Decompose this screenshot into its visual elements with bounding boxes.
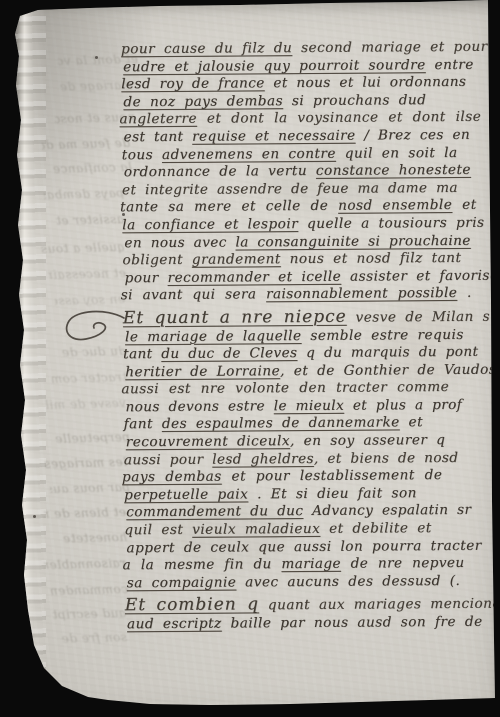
manuscript-line: si avant qui sera raisonnablement possib… (121, 285, 487, 305)
text-segment: la consanguinite si prouchaine (235, 232, 470, 250)
text-segment: baille par nous ausd son fre de (222, 614, 483, 632)
text-segment: la confiance et lespoir (122, 216, 298, 233)
text-segment: lesd gheldres (212, 451, 314, 468)
text-segment: de nre nepveu (341, 555, 465, 572)
text-segment: fant (124, 416, 162, 432)
text-segment: perpetuelle paix (124, 486, 248, 503)
text-segment: avec aucuns des dessusd (. (236, 573, 460, 591)
text-segment: raisonnablement possible (266, 285, 457, 302)
text-segment: nosd ensemble (338, 197, 452, 214)
text-segment: aussi pour (124, 451, 212, 468)
text-segment: et (452, 197, 476, 213)
text-segment: advenemens en contre (162, 145, 336, 162)
text-segment: Advancy espalatin sr (303, 502, 471, 519)
bleedthrough-text: et biens de nosd (44, 506, 126, 520)
bleedthrough-text: vesve de milan (44, 397, 126, 411)
text-segment: , et biens de nosd (314, 450, 459, 467)
text-segment: nous devons estre (125, 398, 273, 415)
text-segment: recommander et icelle (168, 268, 342, 285)
text-segment: des espaulmes de dannemarke (162, 415, 400, 433)
bleedthrough-text: la confiance et (50, 161, 132, 175)
text-segment: nous et nosd filz tant (281, 250, 462, 267)
text-segment: et plus a prof (344, 397, 462, 414)
text-segment: le mariage de laquelle (125, 328, 302, 345)
text-segment: quelle a tousiours pris (298, 215, 484, 232)
manuscript-line: commandement du duc Advancy espalatin sr (126, 502, 488, 522)
text-segment: tante sa mere et celle de (120, 198, 338, 216)
text-segment: a la mesme fin du (123, 556, 282, 573)
ink-speck (33, 515, 36, 518)
text-segment: lesd roy de france (121, 75, 264, 92)
text-segment: pour (125, 270, 168, 286)
text-segment: heritier de Lorraine (125, 363, 280, 380)
text-segment: entre (426, 56, 474, 72)
manuscript-line: aud escriptz baille par nous ausd son fr… (127, 614, 489, 634)
text-segment: vesve de Milan sr (347, 309, 498, 326)
manuscript-line: lesd roy de france et nous et lui ordonn… (121, 74, 485, 94)
text-segment: sa compaignie (127, 574, 237, 591)
bleedthrough-text: pays dembas (44, 187, 124, 201)
text-segment: grandement (192, 251, 281, 268)
text-segment: , et de Gonthier de Vaudos (280, 361, 496, 379)
text-segment: le mieulx (274, 398, 344, 414)
text-segment: commandement du duc (126, 503, 303, 520)
bleedthrough-text: assister et fav (52, 213, 124, 227)
text-segment: si prouchans dud (283, 92, 426, 109)
text-segment: semble estre requis (301, 326, 463, 343)
manuscript-line: sa compaignie avec aucuns des dessusd (. (127, 573, 489, 593)
text-segment: et debilite et (320, 520, 432, 537)
text-segment: . (457, 285, 472, 301)
text-segment: assister et favoriser (341, 267, 500, 284)
bleedthrough-text: de feue ma dame (42, 137, 130, 151)
manuscript-page: et dont la voysmariage denous et nosdde … (0, 0, 500, 717)
text-segment: eudre et jalousie quy pourroit sourdre (123, 57, 426, 75)
text-segment: obligent (122, 252, 191, 268)
text-segment: ordonnance de la vertu (124, 163, 316, 180)
ink-speck (95, 56, 98, 59)
text-segment: mariage (281, 556, 341, 572)
text-segment: quil est (124, 522, 192, 538)
text-segment: et integrite assendre de feue ma dame ma (122, 180, 458, 198)
text-segment: recouvrement diceulx (126, 433, 290, 450)
bleedthrough-text: son fre de (55, 631, 127, 645)
manuscript-paragraph: pour cause du filz du second mariage et … (121, 39, 487, 305)
bleedthrough-text: et necessaire (48, 267, 126, 281)
manuscript-photo: et dont la voysmariage denous et nosdde … (0, 0, 500, 717)
text-segment: tant (123, 346, 161, 362)
text-segment: si avant qui sera (121, 287, 266, 304)
manuscript-text-block: pour cause du filz du second mariage et … (121, 39, 489, 634)
manuscript-paragraph: Et combien q quant aux mariages mencione… (125, 595, 489, 634)
text-segment: aud escriptz (127, 616, 222, 633)
bleedthrough-text: par nous ausd (50, 481, 130, 495)
text-segment: tous (122, 147, 162, 163)
text-segment: et nous et lui ordonnans (265, 74, 467, 91)
text-segment: quil en soit la (336, 144, 458, 161)
text-segment: quant aux mariages mencionez (259, 596, 500, 614)
bleedthrough-text: perpetuelle (50, 431, 130, 445)
text-segment: pays dembas (122, 469, 222, 486)
text-segment: second mariage et pour (292, 39, 488, 56)
text-segment: vieulx maladieux (192, 521, 320, 538)
text-segment: aussi est nre volonte den tracter comme (121, 379, 449, 397)
bleedthrough-text: aud escript (46, 607, 126, 621)
text-segment: , en soy asseurer q (290, 432, 445, 449)
text-segment: appert de ceulx que aussi lon pourra tra… (126, 537, 481, 555)
text-segment: et dont la voysinance et dont ilse (197, 109, 481, 127)
text-segment: q du marquis du pont (297, 344, 478, 361)
manuscript-paragraph: Et quant a nre niepce vesve de Milan srl… (123, 308, 489, 593)
text-segment: en nous avec (124, 234, 235, 251)
manuscript-line: Et combien q quant aux mariages mencione… (125, 595, 489, 616)
text-segment: / Brez ces en (355, 127, 470, 144)
text-segment: et (400, 415, 423, 431)
paragraph-flourish-mark (62, 310, 128, 352)
text-segment: angleterre (119, 111, 197, 128)
bleedthrough-text: en soy asseurer (55, 293, 125, 307)
text-segment: . Et si dieu fait son (248, 485, 417, 502)
text-segment: est tant (124, 129, 193, 145)
text-segment: de noz pays dembas (123, 93, 283, 110)
manuscript-line: nous devons estre le mieulx et plus a pr… (125, 397, 487, 417)
text-segment: pour cause du filz du (121, 40, 292, 57)
text-segment: requise et necessaire (192, 128, 355, 145)
text-segment: Et quant a nre niepce (123, 307, 347, 329)
bleedthrough-text: commandement (50, 583, 128, 597)
manuscript-line: Et quant a nre niepce vesve de Milan sr (123, 308, 487, 329)
bleedthrough-text: raisonnablement (44, 557, 126, 571)
text-segment: et pour lestablissement de (222, 467, 443, 485)
manuscript-line: pays dembas et pour lestablissement de (122, 467, 488, 487)
bleedthrough-text: tracter comme (52, 371, 127, 385)
page-torn-left-edge (10, 0, 46, 717)
text-segment: Et combien q (125, 595, 259, 616)
bleedthrough-text: honestete (52, 531, 127, 545)
text-segment: constance honestete (316, 162, 471, 179)
page-deckled-bottom-edge (34, 701, 496, 717)
bleedthrough-text: quelle a tousiours (40, 241, 125, 255)
bleedthrough-text: les mariages (42, 456, 127, 470)
text-segment: du duc de Cleves (161, 345, 297, 362)
